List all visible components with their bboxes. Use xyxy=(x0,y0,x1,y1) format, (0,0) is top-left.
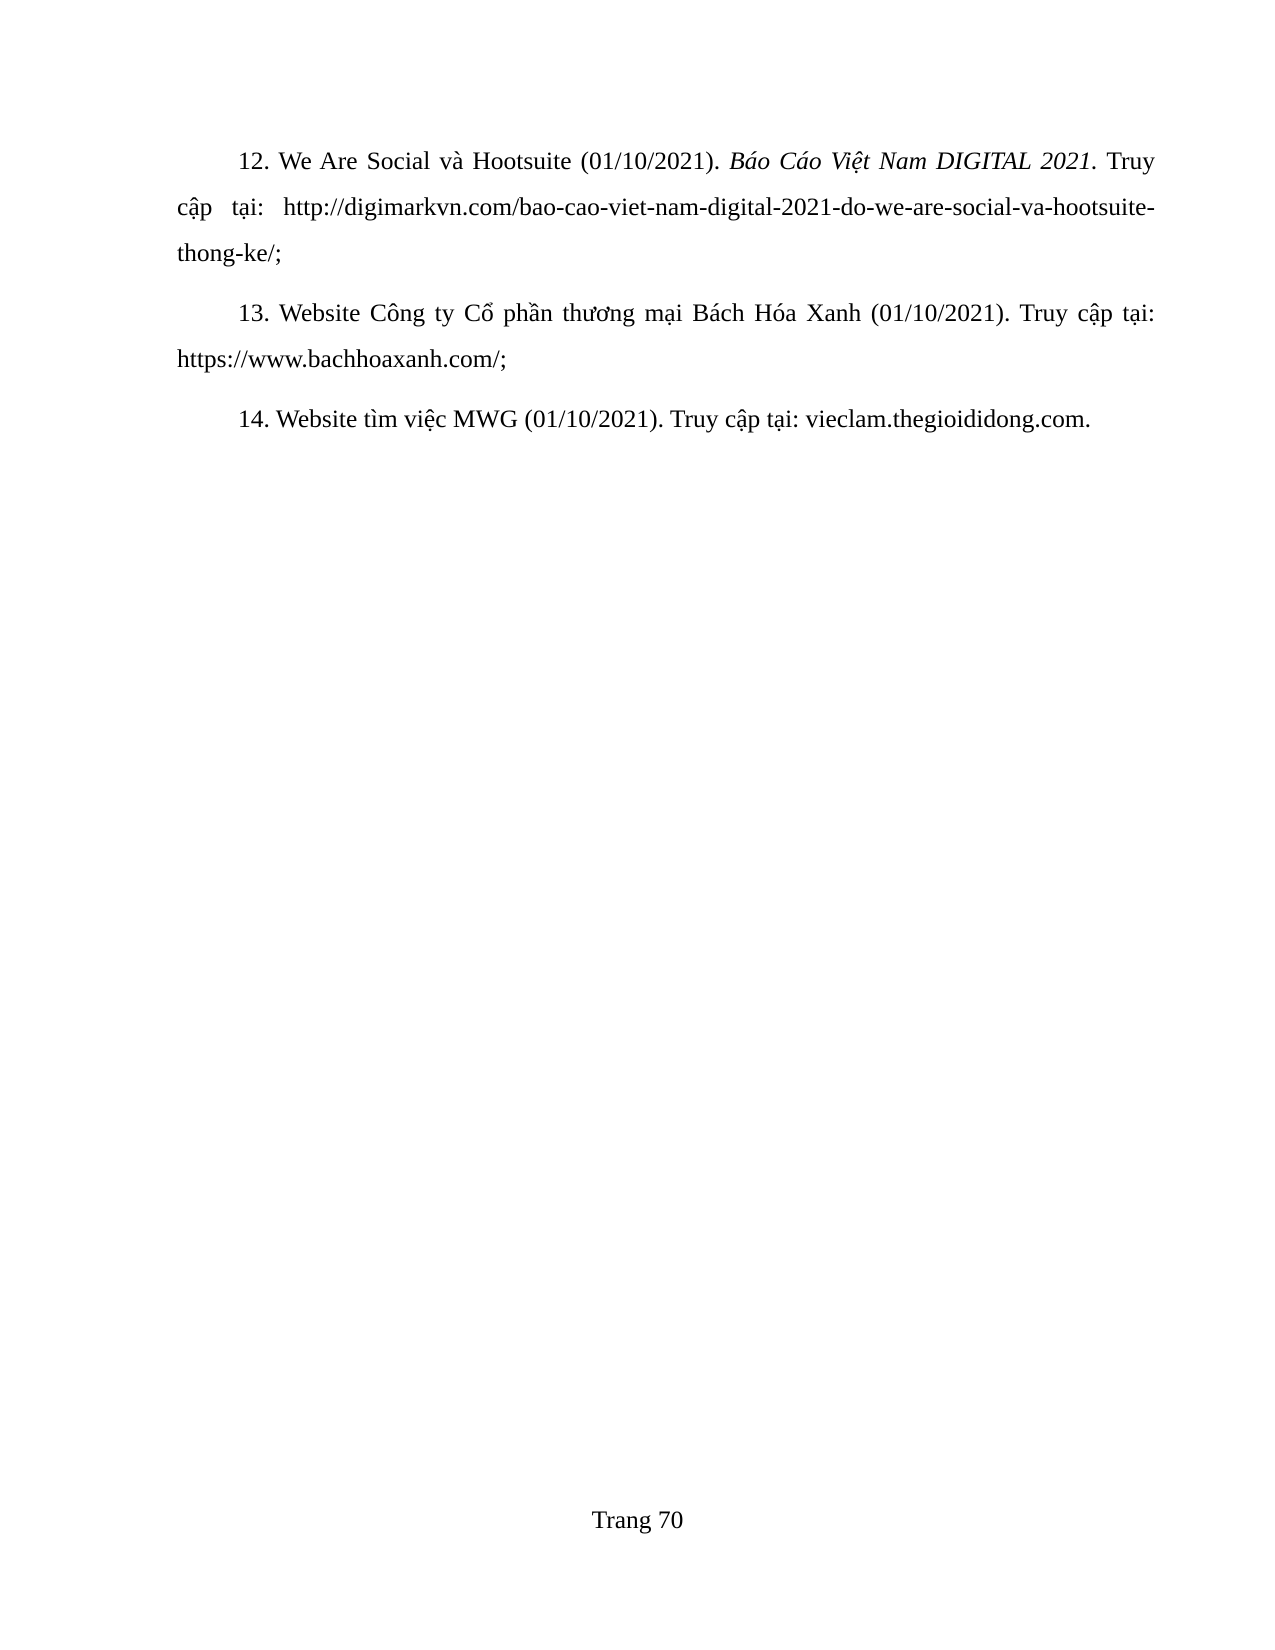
reference-list: 12. We Are Social và Hootsuite (01/10/20… xyxy=(177,138,1155,456)
reference-source: Website tìm việc MWG (01/10/2021). Truy … xyxy=(276,404,1091,433)
reference-item-13: 13. Website Công ty Cổ phần thương mại B… xyxy=(177,290,1155,382)
reference-number: 13. xyxy=(238,298,270,327)
reference-item-12: 12. We Are Social và Hootsuite (01/10/20… xyxy=(177,138,1155,276)
reference-title: Báo Cáo Việt Nam DIGITAL 2021. xyxy=(729,146,1098,175)
page-footer: Trang 70 xyxy=(0,1500,1275,1540)
reference-source: Website Công ty Cổ phần thương mại Bách … xyxy=(177,298,1155,373)
reference-number: 14. xyxy=(238,404,270,433)
reference-item-14: 14. Website tìm việc MWG (01/10/2021). T… xyxy=(177,396,1155,442)
page-number: Trang 70 xyxy=(592,1505,684,1534)
reference-number: 12. xyxy=(238,146,270,175)
reference-source: We Are Social và Hootsuite (01/10/2021). xyxy=(278,146,729,175)
